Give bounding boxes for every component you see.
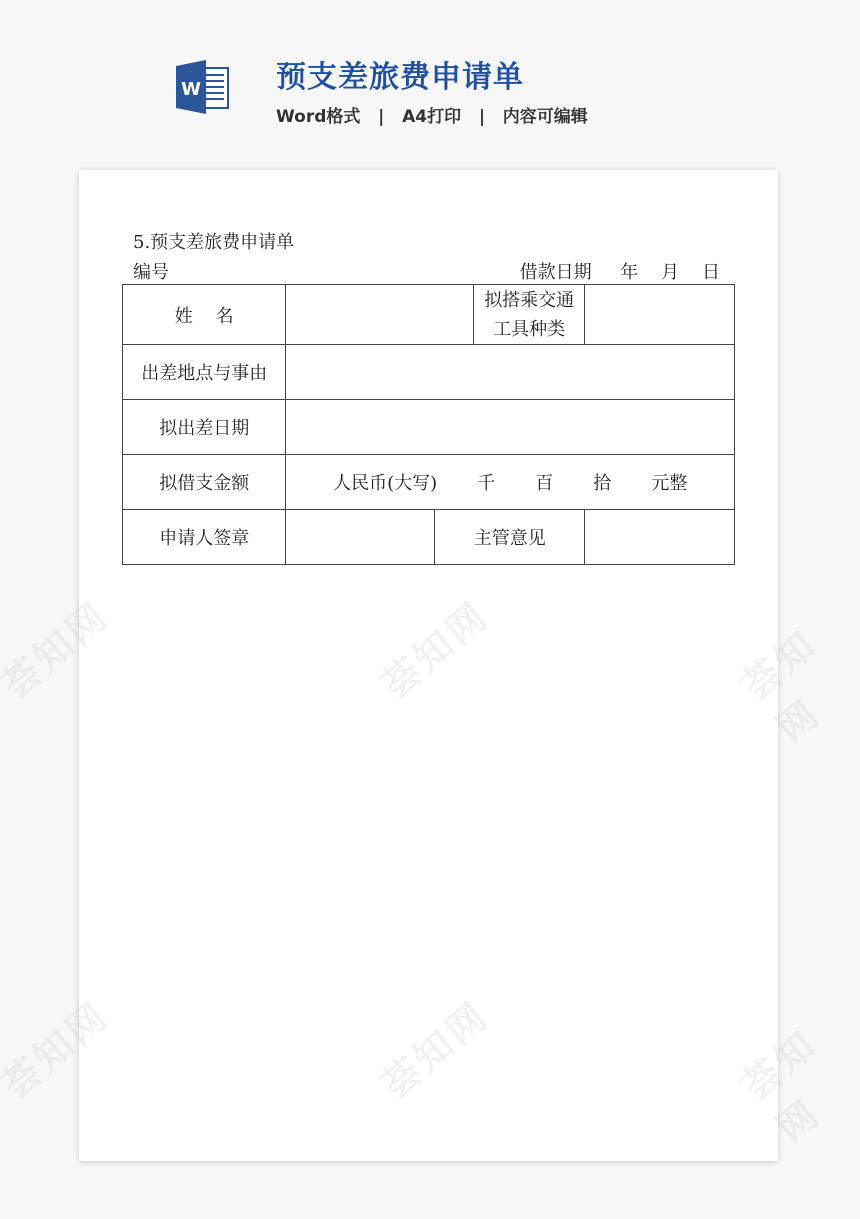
document-page: 5.预支差旅费申请单 编号 借款日期 年 月 日 姓 名 拟搭乘交通 工具种类 …: [79, 170, 778, 1161]
document-heading: 5.预支差旅费申请单: [133, 228, 294, 254]
trip-date-field[interactable]: [286, 400, 735, 455]
transport-field[interactable]: [585, 285, 735, 345]
loan-date-label: 借款日期 年 月 日: [520, 258, 720, 284]
supervisor-opinion-label: 主管意见: [435, 510, 585, 565]
application-form-table: 姓 名 拟搭乘交通 工具种类 出差地点与事由 拟出差日期 拟借支金额 人民币(大…: [122, 284, 735, 565]
place-reason-field[interactable]: [286, 345, 735, 400]
amount-label: 拟借支金额: [123, 455, 286, 510]
place-reason-label: 出差地点与事由: [123, 345, 286, 400]
transport-label: 拟搭乘交通 工具种类: [474, 285, 585, 345]
name-field[interactable]: [286, 285, 474, 345]
svg-text:W: W: [181, 79, 201, 100]
name-label: 姓 名: [123, 285, 286, 345]
word-icon: W: [174, 60, 230, 114]
transport-label-line1: 拟搭乘交通: [484, 290, 574, 311]
subtitle: Word格式 | A4打印 | 内容可编辑: [276, 102, 588, 127]
supervisor-opinion-field[interactable]: [585, 510, 735, 565]
page-title: 预支差旅费申请单: [276, 52, 524, 96]
trip-date-label: 拟出差日期: [123, 400, 286, 455]
amount-field[interactable]: 人民币(大写) 千 百 拾 元整: [286, 455, 735, 510]
applicant-sign-field[interactable]: [286, 510, 435, 565]
applicant-sign-label: 申请人签章: [123, 510, 286, 565]
transport-label-line2: 工具种类: [493, 319, 565, 340]
serial-label: 编号: [133, 258, 169, 284]
